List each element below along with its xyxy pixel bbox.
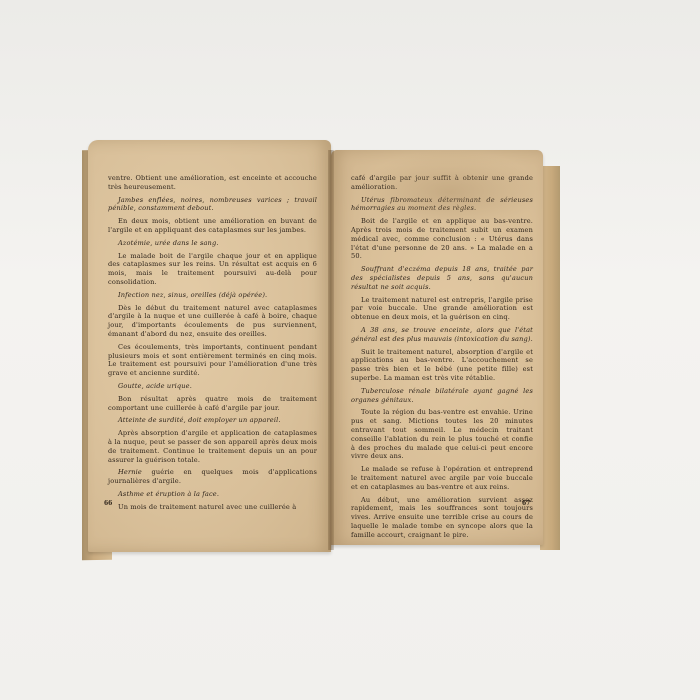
book-cover-right-edge (540, 166, 560, 550)
case-heading: Atteinte de surdité, doit employer un ap… (108, 416, 317, 425)
case-heading: Jambes enflées, noires, nombreuses varic… (108, 196, 317, 214)
paragraph: En deux mois, obtient une amélioration e… (108, 217, 317, 235)
case-heading: Azotémie, urée dans le sang. (108, 239, 317, 248)
paragraph: Toute la région du bas-ventre est envahi… (351, 408, 533, 461)
book-gutter (328, 150, 334, 550)
paragraph: Après absorption d'argile et application… (108, 429, 317, 464)
paragraph: Un mois de traitement naturel avec une c… (108, 503, 317, 512)
case-heading: Infection nez, sinus, oreilles (déjà opé… (108, 291, 317, 300)
paragraph: Le malade boit de l'argile chaque jour e… (108, 252, 317, 287)
left-page-text: ventre. Obtient une amélioration, est en… (108, 174, 317, 512)
case-heading: Tuberculose rénale bilatérale ayant gagn… (351, 387, 533, 405)
page-number-left: 66 (104, 500, 112, 507)
paragraph: Le traitement naturel est entrepris, l'a… (351, 296, 533, 322)
right-page-text: café d'argile par jour suffit à obtenir … (351, 174, 533, 539)
paragraph: Bon résultat après quatre mois de traite… (108, 395, 317, 413)
left-page: ventre. Obtient une amélioration, est en… (88, 140, 331, 552)
paragraph: Au début, une amélioration survient asse… (351, 496, 533, 540)
paragraph: Hernie guérie en quelques mois d'applica… (108, 468, 317, 486)
paragraph: Ces écoulements, très importants, contin… (108, 343, 317, 378)
right-page: café d'argile par jour suffit à obtenir … (331, 150, 543, 545)
case-heading: Utérus fibromateux déterminant de sérieu… (351, 196, 533, 214)
case-heading: Souffrant d'eczéma depuis 18 ans, traité… (351, 265, 533, 291)
case-heading: Goutte, acide urique. (108, 382, 317, 391)
paragraph: Boit de l'argile et en applique au bas-v… (351, 217, 533, 261)
case-heading: Hernie (118, 468, 142, 476)
case-heading: A 38 ans, se trouve enceinte, alors que … (351, 326, 533, 344)
paragraph: Suit le traitement naturel, absorption d… (351, 348, 533, 383)
page-number-right: 67 (522, 500, 530, 507)
case-heading: Asthme et éruption à la face. (108, 490, 317, 499)
paragraph: ventre. Obtient une amélioration, est en… (108, 174, 317, 192)
paragraph: Dès le début du traitement naturel avec … (108, 304, 317, 339)
paragraph: café d'argile par jour suffit à obtenir … (351, 174, 533, 192)
paragraph: Le malade se refuse à l'opération et ent… (351, 465, 533, 491)
